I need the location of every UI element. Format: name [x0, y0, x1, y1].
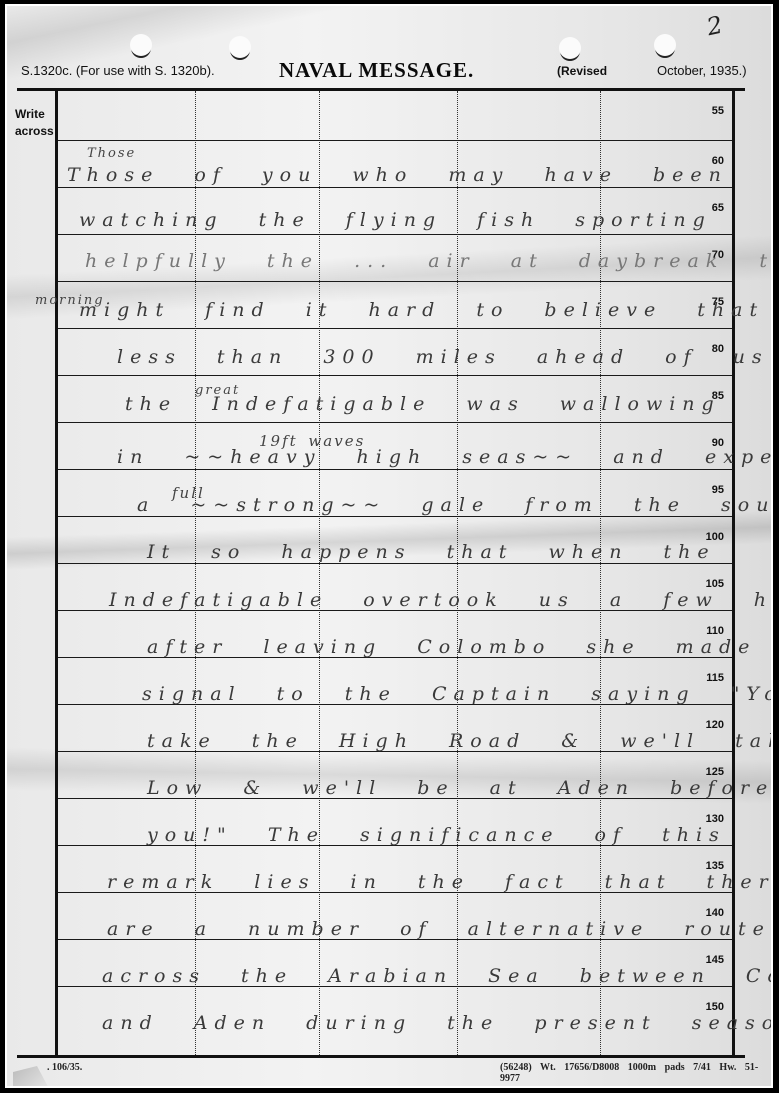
handwritten-line: a ~~strong~~ gale from the south-west. [137, 494, 773, 516]
page-number-mark: 2 [704, 11, 725, 42]
handwritten-line: across the Arabian Sea between Colombo [102, 965, 773, 987]
punch-hole [654, 34, 676, 56]
message-row: 55 [58, 91, 732, 141]
punch-hole [130, 34, 152, 56]
handwritten-line: the Indefatigable was wallowing [125, 393, 721, 415]
handwritten-line: Indefatigable overtook us a few hours [109, 589, 773, 611]
message-grid: 55 60 65 70 75 80 85 90 95 100 105 110 1… [55, 88, 735, 1058]
form-title: NAVAL MESSAGE. [279, 58, 474, 83]
handwritten-line: watching the flying fish sporting [79, 209, 712, 231]
footer-print-info: (56248) Wt. 17656/D8008 1000m pads 7/41 … [500, 1062, 771, 1084]
footer-form-ref: . 106/35. [47, 1062, 82, 1073]
handwritten-line: are a number of alternative routes [107, 918, 773, 940]
handwritten-line: less than 300 miles ahead of us [117, 346, 769, 368]
handwritten-insert: Those [87, 146, 136, 161]
row-number: 65 [712, 202, 724, 214]
row-number: 55 [712, 105, 724, 117]
revised-date: October, 1935.) [657, 63, 747, 78]
handwritten-line: take the High Road & we'll take the [147, 730, 773, 752]
handwritten-line: might find it hard to believe that [79, 299, 764, 321]
handwritten-line: after leaving Colombo she made a [147, 636, 773, 658]
handwritten-line: remark lies in the fact that there [107, 871, 773, 893]
punch-hole [559, 37, 581, 59]
punch-hole [229, 36, 251, 58]
handwritten-line: in ~~heavy high seas~~ and experiencing [117, 446, 773, 468]
handwritten-line: Low & we'll be at Aden before [147, 777, 773, 799]
handwritten-line: you!" The significance of this [147, 824, 726, 846]
handwritten-line: It so happens that when the [147, 541, 716, 563]
revised-label: (Revised [557, 64, 607, 78]
handwritten-line: helpfully the ... air at daybreak this [85, 250, 773, 272]
handwritten-line: signal to the Captain saying "You [142, 683, 773, 705]
naval-message-form: 2 S.1320c. (For use with S. 1320b). NAVA… [5, 4, 773, 1088]
handwritten-line: and Aden during the present season [102, 1012, 773, 1034]
form-code: S.1320c. (For use with S. 1320b). [21, 63, 215, 78]
margin-label-line2: across [15, 123, 54, 140]
margin-instruction: Write across [15, 106, 54, 140]
handwritten-line: Those of you who may have been [67, 164, 728, 186]
margin-label-line1: Write [15, 106, 54, 123]
